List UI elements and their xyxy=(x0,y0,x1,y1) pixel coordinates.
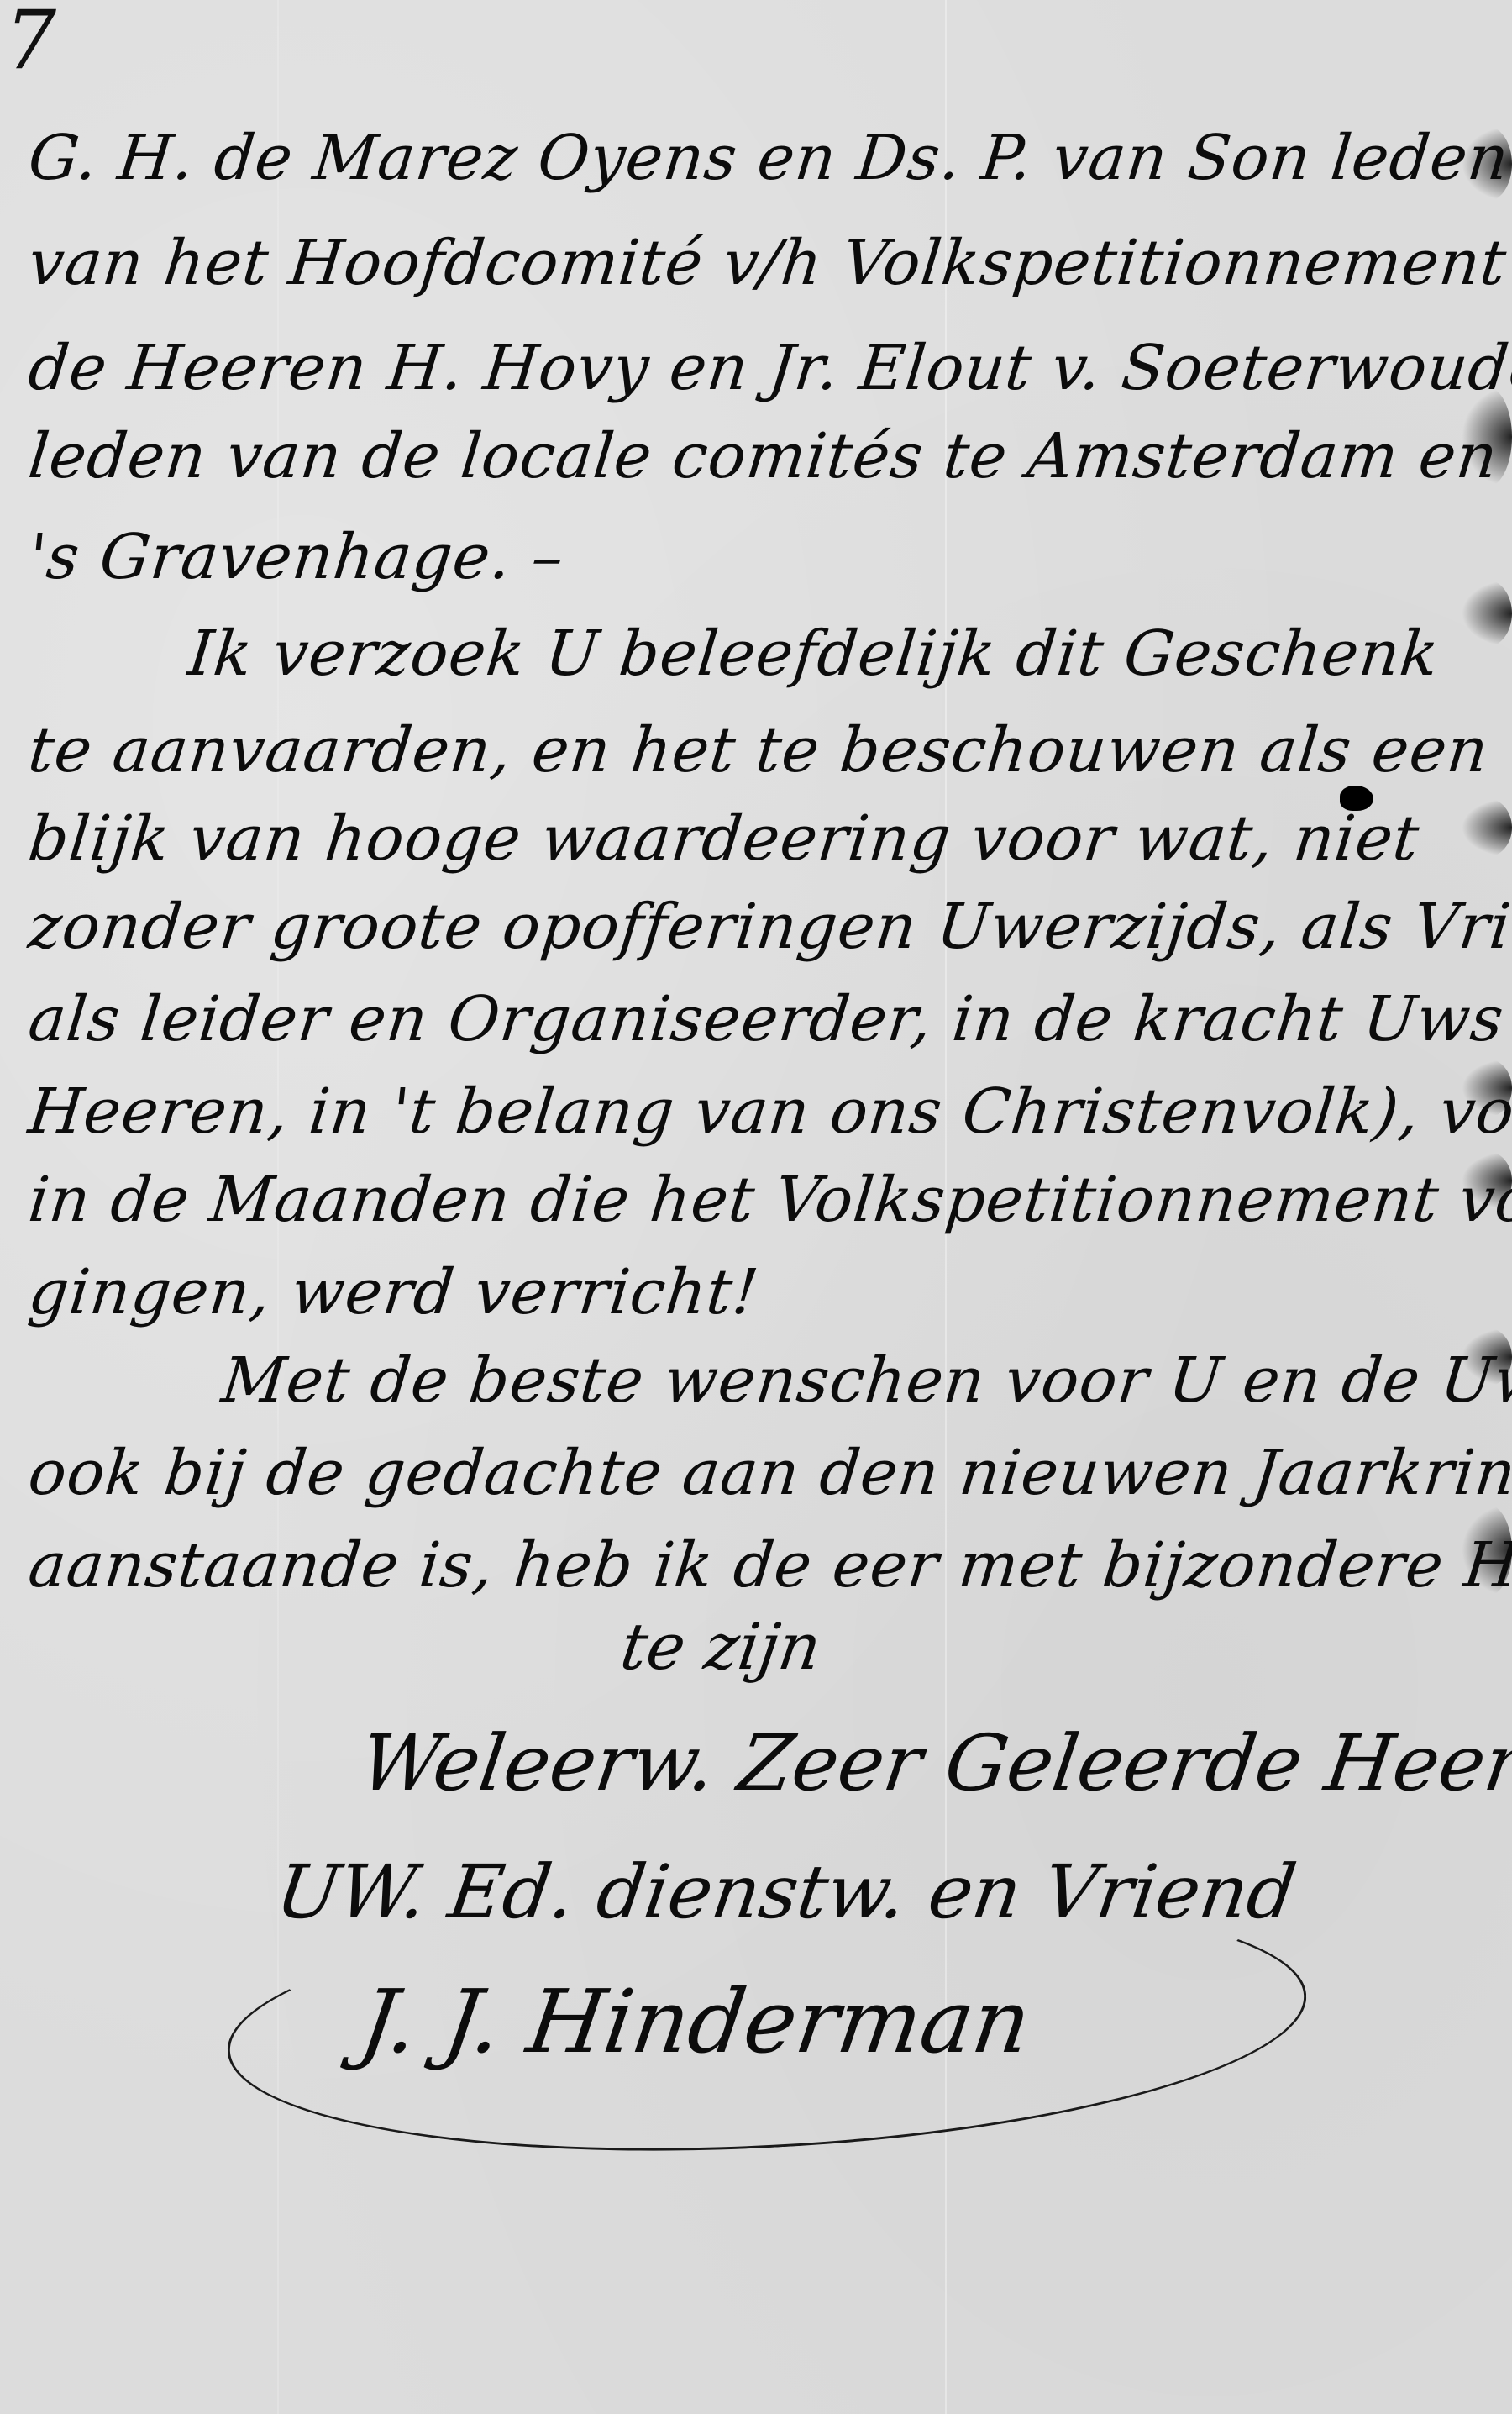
letter-line: Heeren, in 't belang van ons Christenvol… xyxy=(25,1076,1512,1148)
letter-line: Met de beste wenschen voor U en de Uwen xyxy=(218,1344,1512,1417)
letter-line: te aanvaarden, en het te beschouwen als … xyxy=(25,714,1492,786)
letter-line: gingen, werd verricht! xyxy=(25,1256,763,1328)
valediction: te zijn xyxy=(617,1609,826,1684)
letter-line: in de Maanden die het Volkspetitionnemen… xyxy=(25,1164,1512,1236)
closing-salutation: Weleerw. Zeer Geleerde Heer xyxy=(354,1718,1512,1808)
page-number: 7 xyxy=(5,0,56,81)
ink-bleed-smudge xyxy=(1462,798,1512,857)
letter-line: Ik verzoek U beleefdelijk dit Geschenk xyxy=(185,618,1442,690)
letter-line: ook bij de gedachte aan den nieuwen Jaar… xyxy=(25,1437,1512,1509)
ink-bleed-smudge xyxy=(1462,580,1512,647)
letter-line: de Heeren H. Hovy en Jr. Elout v. Soeter… xyxy=(25,332,1512,404)
letter-page: 7 G. H. de Marez Oyens en Ds. P. van Son… xyxy=(0,0,1512,2414)
letter-line: zonder groote opofferingen Uwerzijds, al… xyxy=(25,891,1512,963)
letter-line: G. H. de Marez Oyens en Ds. P. van Son l… xyxy=(25,122,1512,194)
letter-line: als leider en Organiseerder, in de krach… xyxy=(25,983,1508,1055)
letter-line: van het Hoofdcomité v/h Volkspetitionnem… xyxy=(25,227,1512,299)
letter-line: 's Gravenhage. – xyxy=(25,521,568,593)
letter-line: blijk van hooge waardeering voor wat, ni… xyxy=(25,802,1423,875)
letter-line: aanstaande is, heb ik de eer met bijzond… xyxy=(25,1529,1512,1601)
letter-line: leden van de locale comités te Amsterdam… xyxy=(25,420,1501,492)
